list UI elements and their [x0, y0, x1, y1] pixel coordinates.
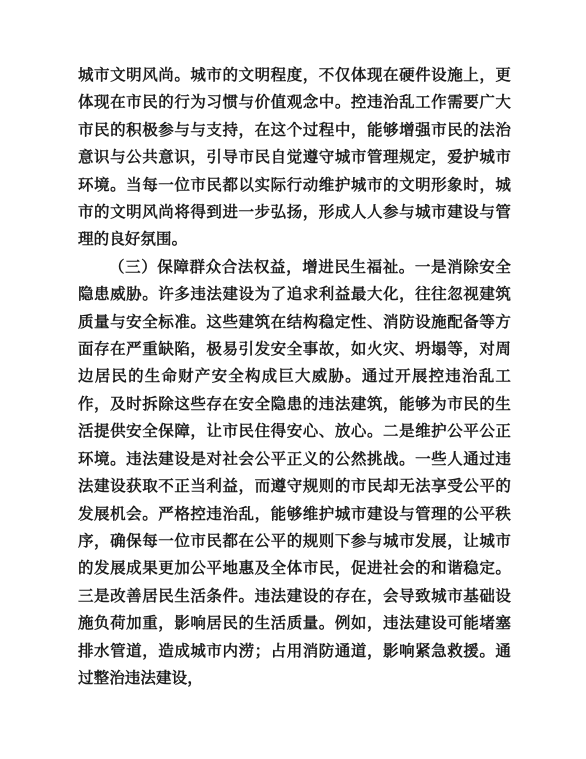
body-paragraph-section-three: （三）保障群众合法权益，增进民生福祉。一是消除安全隐患威胁。许多违法建设为了追求… [78, 254, 511, 693]
document-page: 城市文明风尚。城市的文明程度，不仅体现在硬件设施上，更体现在市民的行为习惯与价值… [78, 62, 511, 692]
page-background: { "document": { "background_color": "#ff… [0, 0, 586, 759]
body-paragraph-continuation: 城市文明风尚。城市的文明程度，不仅体现在硬件设施上，更体现在市民的行为习惯与价值… [78, 62, 511, 254]
